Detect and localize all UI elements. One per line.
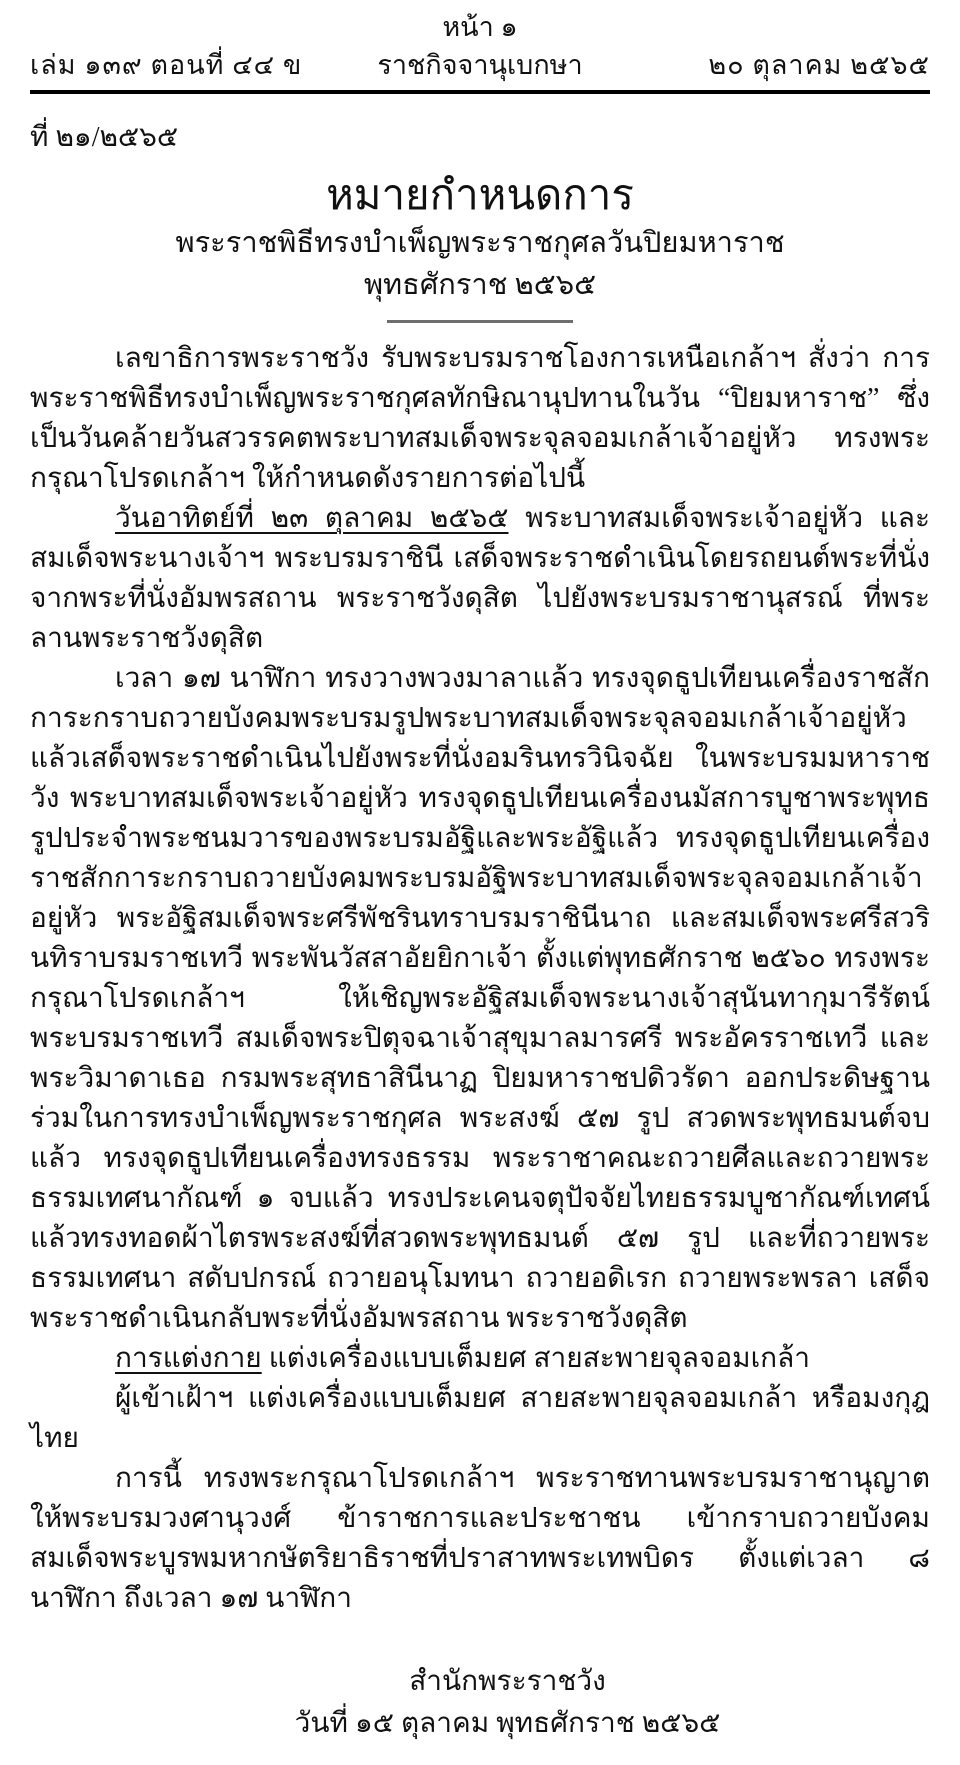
- issuing-agency: สำนักพระราชวัง: [85, 1661, 930, 1703]
- volume-part-label: เล่ม ๑๓๙ ตอนที่ ๔๔ ข: [30, 48, 302, 82]
- paragraph: ผู้เข้าเฝ้าฯ แต่งเครื่องแบบเต็มยศ สายสะพ…: [30, 1379, 930, 1459]
- paragraph-text: การนี้ ทรงพระกรุณาโปรดเกล้าฯ พระราชทานพร…: [30, 1463, 930, 1614]
- paragraph-lead: การแต่งกาย: [115, 1343, 262, 1374]
- paragraph: การแต่งกาย แต่งเครื่องแบบเต็มยศ สายสะพาย…: [30, 1339, 930, 1379]
- gazette-page: หน้า ๑ เล่ม ๑๓๙ ตอนที่ ๔๔ ข ราชกิจจานุเบ…: [0, 0, 960, 1765]
- paragraph: การนี้ ทรงพระกรุณาโปรดเกล้าฯ พระราชทานพร…: [30, 1459, 930, 1619]
- masthead: หน้า ๑ เล่ม ๑๓๙ ตอนที่ ๔๔ ข ราชกิจจานุเบ…: [30, 10, 930, 94]
- document-title: หมายกำหนดการ: [30, 170, 930, 222]
- signature-block: สำนักพระราชวัง วันที่ ๑๕ ตุลาคม พุทธศักร…: [30, 1661, 930, 1745]
- paragraph-text: แต่งเครื่องแบบเต็มยศ สายสะพายจุลจอมเกล้า: [262, 1343, 810, 1374]
- issue-date: วันที่ ๑๕ ตุลาคม พุทธศักราช ๒๕๖๕: [85, 1703, 930, 1745]
- paragraph-text: ผู้เข้าเฝ้าฯ แต่งเครื่องแบบเต็มยศ สายสะพ…: [30, 1383, 930, 1454]
- paragraph: วันอาทิตย์ที่ ๒๓ ตุลาคม ๒๕๖๕ พระบาทสมเด็…: [30, 499, 930, 659]
- masthead-row: เล่ม ๑๓๙ ตอนที่ ๔๔ ข ราชกิจจานุเบกษา ๒๐ …: [30, 48, 930, 82]
- paragraph-text: เลขาธิการพระราชวัง รับพระบรมราชโองการเหน…: [30, 343, 930, 494]
- document-body: เลขาธิการพระราชวัง รับพระบรมราชโองการเหน…: [30, 339, 930, 1619]
- gazette-date: ๒๐ ตุลาคม ๒๕๖๕: [708, 48, 930, 82]
- gazette-name: ราชกิจจานุเบกษา: [377, 48, 582, 82]
- paragraph-lead: วันอาทิตย์ที่ ๒๓ ตุลาคม ๒๕๖๕: [115, 503, 509, 534]
- document-subtitle-year: พุทธศักราช ๒๕๖๕: [30, 264, 930, 306]
- masthead-rule: [30, 90, 930, 94]
- page-number-label: หน้า ๑: [30, 10, 930, 44]
- document-number: ที่ ๒๑/๒๕๖๕: [30, 120, 930, 156]
- document-subtitle: พระราชพิธีทรงบำเพ็ญพระราชกุศลวันปิยมหารา…: [30, 222, 930, 264]
- paragraph: เลขาธิการพระราชวัง รับพระบรมราชโองการเหน…: [30, 339, 930, 499]
- paragraph-text: เวลา ๑๗ นาฬิกา ทรงวางพวงมาลาแล้ว ทรงจุดธ…: [30, 663, 930, 1334]
- paragraph: เวลา ๑๗ นาฬิกา ทรงวางพวงมาลาแล้ว ทรงจุดธ…: [30, 659, 930, 1339]
- title-divider: [387, 320, 573, 323]
